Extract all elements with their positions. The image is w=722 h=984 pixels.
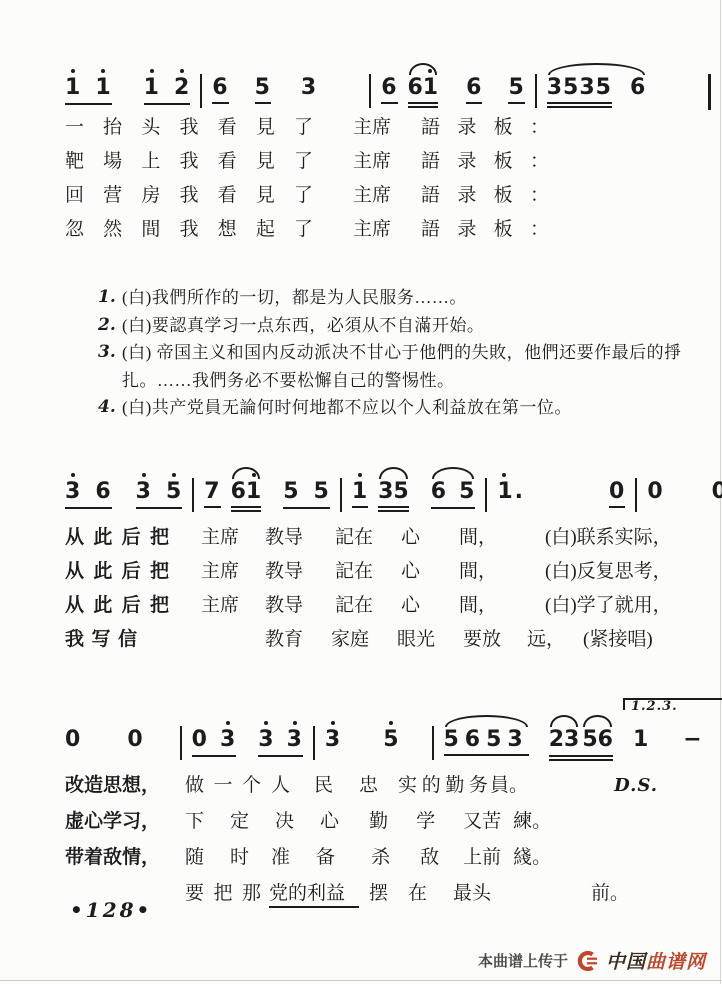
spoken-line-text: (白)我們所作的一切，都是为人民服务……。	[122, 284, 467, 312]
barline	[535, 74, 537, 108]
beam-line	[258, 755, 303, 757]
spoken-line-number: 1.	[98, 284, 122, 312]
barline	[485, 478, 487, 512]
lyric-cell: 記在	[335, 590, 393, 617]
spoken-line: 2.(白)要認真学习一点东西，必須从不自滿开始。	[98, 312, 684, 340]
lyric-cell: 忠	[359, 770, 378, 797]
note-number: 1	[65, 76, 81, 100]
note-number: 3	[220, 728, 236, 752]
note-cell: 61	[231, 480, 262, 513]
note-cell: 35	[136, 480, 183, 513]
note-number: 23	[549, 728, 580, 752]
barline	[192, 478, 194, 512]
brand-cn-part: 中国	[606, 952, 646, 973]
lyric-cell: 忽然間我想起了	[65, 214, 313, 241]
barline	[340, 478, 342, 512]
lyric-cell: 主席	[353, 180, 409, 207]
beam-line	[283, 507, 330, 509]
barline	[313, 726, 315, 760]
note-number: 0	[712, 480, 722, 504]
beam-line	[65, 103, 112, 105]
beam-line	[65, 507, 112, 509]
spacer	[448, 76, 456, 77]
lyric-cell: 在	[408, 878, 427, 905]
note-cell: 35	[378, 480, 409, 513]
note-number: 5	[255, 76, 271, 100]
spacer	[410, 728, 422, 729]
note-cell: 6	[212, 76, 228, 109]
spacer	[674, 480, 702, 481]
lyric-cell: 民	[314, 770, 333, 797]
lyric-cell: 心	[401, 522, 423, 549]
barline	[180, 726, 182, 760]
lyric-cell: 教导	[265, 522, 323, 549]
lyric-cell: 杀	[371, 842, 390, 869]
beam-line	[204, 506, 220, 508]
note-cell: 2356	[549, 728, 613, 761]
lyric-cell: 从此后把	[65, 556, 169, 583]
beam-line	[255, 102, 271, 104]
spacer	[535, 480, 599, 481]
spacer	[122, 76, 134, 77]
lyric-cell: 練。	[513, 806, 551, 833]
note-number: 6	[95, 480, 111, 504]
verse-lyrics-top: 一抬头我看見了主席語录板：靶場上我看見了主席語录板：回营房我看見了主席語录板：忽…	[65, 112, 672, 248]
lyric-cell: 記在	[335, 522, 393, 549]
barline	[200, 74, 202, 108]
note-number: 3	[287, 728, 303, 752]
lyric-row: 靶場上我看見了主席語录板：	[65, 146, 672, 180]
beam-line	[136, 507, 183, 509]
octave-dot	[142, 473, 146, 477]
note-number: 0	[127, 728, 143, 752]
lyric-cell: 心	[401, 590, 423, 617]
spacer	[281, 76, 291, 77]
note-number: 3	[65, 480, 81, 504]
spoken-line-number: 3.	[98, 339, 122, 367]
verse-lyrics-middle: 从此后把主席教导記在心間，(白)联系实际，从此后把主席教导記在心間，(白)反复思…	[65, 522, 672, 658]
lyric-cell: 定	[230, 806, 249, 833]
lyric-row: 忽然間我想起了主席語录板：	[65, 214, 672, 248]
note-cell: 5	[383, 728, 399, 761]
music-line-2: 363576155135651.000	[65, 462, 722, 514]
spoken-line-number: 2.	[98, 312, 122, 340]
octave-dot	[389, 721, 393, 725]
lyric-cell: 主席	[201, 556, 259, 583]
barline	[369, 74, 371, 108]
spacer	[419, 480, 421, 481]
octave-dot	[71, 473, 75, 477]
beam-line	[378, 506, 409, 508]
note-number: 6	[381, 76, 397, 100]
lyric-cell: 語录板：	[421, 112, 549, 139]
sheet-music-page: 11126536616535356 一抬头我看見了主席語录板：靶場上我看見了主席…	[0, 0, 722, 984]
lyric-row: 要把那党的利益摆在最头前。	[65, 878, 672, 914]
note-cell: 1.	[497, 480, 525, 513]
spoken-line: 4.(白)共产党員无論何时何地都不应以个人利益放在第一位。	[98, 394, 684, 422]
spacer	[713, 728, 721, 729]
note-number: 1	[633, 728, 649, 752]
note-cell: 5653	[444, 728, 529, 761]
octave-dot	[226, 721, 230, 725]
note-number: 1.	[497, 480, 525, 504]
lyric-row: 从此后把主席教导記在心間，(白)学了就用，	[65, 590, 672, 624]
music-line-3: 00033335565323561.2.3.1−:4.1.(56	[65, 696, 722, 762]
lyric-cell: 心	[320, 806, 339, 833]
spoken-dialogue-block: 1.(白)我們所作的一切，都是为人民服务……。2.(白)要認真学习一点东西，必須…	[98, 284, 684, 422]
lyric-cell: 虚心学习，	[65, 806, 165, 833]
lyric-cell: 最头	[453, 878, 501, 905]
note-cell: 33	[258, 728, 303, 761]
beam-line	[352, 506, 368, 508]
note-cell: 0	[712, 480, 722, 513]
beam-line	[192, 755, 237, 757]
note-number: 5	[166, 480, 182, 504]
beam-line	[408, 106, 439, 108]
lyric-cell: (白)学了就用，	[545, 590, 672, 617]
lyric-cell: 教育	[265, 624, 323, 651]
lyric-row: 从此后把主席教导記在心間，(白)联系实际，	[65, 522, 672, 556]
lyric-cell: 远，	[527, 624, 573, 651]
note-cell: 5	[508, 76, 524, 109]
spoken-line-text: (白) 帝国主义和国内反动派决不甘心于他們的失敗，他們还要作最后的掙	[122, 339, 682, 367]
slur-arc	[379, 467, 408, 479]
note-number: 1	[144, 76, 160, 100]
note-number: 3	[301, 76, 317, 100]
lyric-cell: 从此后把	[65, 522, 169, 549]
lyric-cell: 改造思想，	[65, 770, 165, 797]
volta-ending: 1.2.3.1−:	[623, 728, 722, 761]
lyric-cell: (紧接唱)	[583, 624, 653, 651]
lyric-cell: 时	[230, 842, 249, 869]
watermark-footer: 本曲谱上传于 中国曲谱网	[478, 947, 706, 974]
lyric-row: 改造思想，做一个人民忠实的勤务員。D.S.	[65, 770, 672, 806]
beam-line	[144, 103, 191, 105]
octave-dot	[71, 69, 75, 73]
slur-arc	[583, 715, 612, 727]
note-number: 0	[647, 480, 663, 504]
spoken-line: 3.(白) 帝国主义和国内反动派决不甘心于他們的失敗，他們还要作最后的掙	[98, 339, 684, 367]
note-number: 1	[95, 76, 111, 100]
note-cell: 0	[647, 480, 663, 513]
barline	[708, 74, 711, 110]
note-cell: 7	[204, 480, 220, 513]
note-number: 5	[459, 480, 475, 504]
note-cell: 1	[633, 728, 649, 761]
spoken-line-number: 4.	[98, 394, 122, 422]
octave-dot	[101, 69, 105, 73]
lyric-cell: 我写信	[65, 624, 137, 651]
lyric-cell: 語录板：	[421, 180, 549, 207]
note-number: 5	[314, 480, 330, 504]
lyric-cell: 敌	[420, 842, 439, 869]
lyric-cell: 綫。	[513, 842, 551, 869]
note-cell: 61	[408, 76, 439, 109]
scan-bottom-line	[0, 980, 722, 981]
slur-arc	[409, 63, 438, 75]
note-number: 5653	[444, 728, 529, 752]
lyric-cell: 准	[271, 842, 290, 869]
lyric-cell: 随	[185, 842, 204, 869]
octave-dot	[502, 473, 506, 477]
slur-arc	[445, 715, 528, 727]
slur-arc	[232, 467, 261, 479]
slur-arc	[432, 467, 475, 479]
beam-line	[466, 102, 482, 104]
beam-line	[547, 102, 612, 104]
beam-line	[431, 507, 476, 509]
note-number: 1	[352, 480, 368, 504]
note-cell: 6	[381, 76, 397, 109]
volta-label: 1.2.3.	[631, 700, 678, 713]
lyric-cell: 主席	[353, 112, 409, 139]
note-number: 0	[192, 728, 208, 752]
note-number: 61	[231, 480, 262, 504]
lyric-row: 虚心学习，下定决心勤学又苦練。	[65, 806, 672, 842]
lyric-cell: 間，	[459, 556, 505, 583]
lyric-cell: 学	[416, 806, 435, 833]
octave-dot	[358, 473, 362, 477]
beam-line	[231, 506, 262, 508]
note-cell: 6	[466, 76, 482, 109]
note-cell: 0	[127, 728, 143, 761]
beam-line	[408, 102, 439, 104]
note-cell: 3	[325, 728, 341, 761]
note-cell: 03	[192, 728, 237, 761]
lyric-cell: 靶場上我看見了	[65, 146, 313, 173]
octave-dot	[150, 69, 154, 73]
note-number: 7	[204, 480, 220, 504]
note-cell: 55	[283, 480, 330, 513]
spacer	[327, 76, 359, 77]
lyric-row: 回营房我看見了主席語录板：	[65, 180, 672, 214]
spacer	[154, 728, 170, 729]
spoken-line-text: (白)共产党員无論何时何地都不应以个人利益放在第一位。	[122, 394, 572, 422]
footer-upload-text: 本曲谱上传于	[478, 950, 568, 971]
slur-arc	[550, 715, 579, 727]
note-cell: −	[683, 728, 702, 761]
spacer	[246, 728, 248, 729]
note-cell: 65	[431, 480, 476, 513]
note-cell: 3	[301, 76, 317, 109]
note-number: 56	[582, 728, 613, 752]
note-number: 0	[609, 480, 625, 504]
note-cell: 35356	[547, 76, 647, 109]
lyric-cell: 勤	[369, 806, 388, 833]
note-number: 5	[283, 480, 299, 504]
lyric-cell: 一抬头我看見了	[65, 112, 313, 139]
lyric-cell: 备	[316, 842, 335, 869]
note-number: 5	[508, 76, 524, 100]
site-brand-name: 中国曲谱网	[606, 947, 706, 974]
octave-dot	[264, 721, 268, 725]
spoken-line: 扎。……我們务必不要松懈自己的警惕性。	[98, 367, 684, 395]
spacer	[91, 728, 117, 729]
note-number: 3	[325, 728, 341, 752]
beam-line	[549, 755, 613, 757]
lyric-cell: 教导	[265, 590, 323, 617]
lyric-cell: 心	[401, 556, 423, 583]
lyric-cell: 回营房我看見了	[65, 180, 313, 207]
note-number: 6	[431, 480, 447, 504]
lyric-cell: (白)联系实际，	[545, 522, 672, 549]
beam-line	[609, 506, 625, 508]
beam-line	[231, 510, 262, 512]
beam-line	[508, 102, 524, 104]
note-cell: 0	[609, 480, 625, 513]
note-cell: 36	[65, 480, 112, 513]
note-cell: 5	[255, 76, 271, 109]
spacer	[271, 480, 273, 481]
note-cell: 1	[352, 480, 368, 513]
lyric-cell: 决	[275, 806, 294, 833]
lyric-cell: 間，	[459, 522, 505, 549]
barline	[635, 478, 637, 512]
lyric-cell: 要放	[463, 624, 521, 651]
beam-line	[444, 754, 529, 756]
lyric-cell: 主席	[201, 522, 259, 549]
lyric-cell: 主席	[353, 214, 409, 241]
spacer	[659, 728, 673, 729]
beam-line	[547, 106, 612, 108]
lyric-row: 从此后把主席教导記在心間，(白)反复思考，	[65, 556, 672, 590]
lyric-row: 一抬头我看見了主席語录板：	[65, 112, 672, 146]
beam-line	[212, 102, 228, 104]
spacer	[239, 76, 245, 77]
note-number: −	[683, 728, 702, 752]
spoken-line-text: 扎。……我們务必不要松懈自己的警惕性。	[122, 367, 455, 395]
spoken-line: 1.(白)我們所作的一切，都是为人民服务……。	[98, 284, 684, 312]
note-number: 2	[174, 76, 190, 100]
spoken-line-text: (白)要認真学习一点东西，必須从不自滿开始。	[122, 312, 484, 340]
note-number: 35	[378, 480, 409, 504]
beam-line	[549, 759, 613, 761]
lyric-row: 带着敌情，随时准备杀敌上前綫。	[65, 842, 672, 878]
note-number: 61	[408, 76, 439, 100]
slur-arc	[548, 63, 646, 75]
verse-lyrics-bottom: 改造思想，做一个人民忠实的勤务員。D.S.虚心学习，下定决心勤学又苦練。带着敌情…	[65, 770, 672, 914]
note-cell: 11	[65, 76, 112, 109]
lyric-cell: 教导	[265, 556, 323, 583]
note-number: 6	[466, 76, 482, 100]
lyric-cell: 主席	[353, 146, 409, 173]
lyric-cell: 又苦	[463, 806, 511, 833]
lyric-cell: 实的勤务	[398, 770, 488, 797]
note-number: 5	[383, 728, 399, 752]
lyric-cell: 人	[271, 770, 290, 797]
octave-dot	[180, 69, 184, 73]
brand-rest-part: 曲谱网	[646, 952, 706, 973]
lyric-cell: 上前	[463, 842, 511, 869]
lyric-cell: 从此后把	[65, 590, 169, 617]
note-cell: 12	[144, 76, 191, 109]
lyric-cell: 間，	[459, 590, 505, 617]
lyric-cell: 党的利益	[269, 878, 359, 908]
lyric-cell: 下	[185, 806, 204, 833]
octave-dot	[331, 721, 335, 725]
note-cell: 0	[65, 728, 81, 761]
page-number: •128•	[70, 898, 152, 922]
lyric-cell: 家庭	[331, 624, 389, 651]
lyric-cell: 做一个	[185, 770, 261, 797]
lyric-cell: 記在	[335, 556, 393, 583]
spoken-line-number	[98, 367, 122, 395]
spacer	[656, 76, 698, 77]
spacer	[351, 728, 373, 729]
lyric-cell: 摆	[369, 878, 388, 905]
note-number: 3	[258, 728, 274, 752]
lyric-cell: 前。	[591, 878, 629, 905]
lyric-cell: 主席	[201, 590, 259, 617]
lyric-cell: (白)反复思考，	[545, 556, 672, 583]
lyric-cell: 眼光	[397, 624, 455, 651]
spacer	[122, 480, 126, 481]
note-number: 6	[630, 76, 646, 100]
note-number: 3535	[547, 76, 612, 100]
lyric-cell: 語录板：	[421, 214, 549, 241]
note-number: 3	[136, 480, 152, 504]
lyric-cell: 員。	[490, 770, 528, 797]
qupu-site-logo-icon	[576, 950, 598, 972]
ds-mark: D.S.	[614, 775, 672, 796]
lyric-cell: 語录板：	[421, 146, 549, 173]
spacer	[492, 76, 498, 77]
octave-dot	[293, 721, 297, 725]
note-number: 0	[65, 728, 81, 752]
octave-dot	[172, 473, 176, 477]
lyric-cell: 带着敌情，	[65, 842, 165, 869]
lyric-cell: 要把那	[185, 878, 261, 905]
barline	[432, 726, 434, 760]
beam-line	[378, 510, 409, 512]
beam-line	[381, 102, 397, 104]
lyric-row: 我写信教育家庭眼光要放远，(紧接唱)	[65, 624, 672, 658]
note-number: 6	[212, 76, 228, 100]
music-line-1: 11126536616535356	[65, 58, 711, 110]
